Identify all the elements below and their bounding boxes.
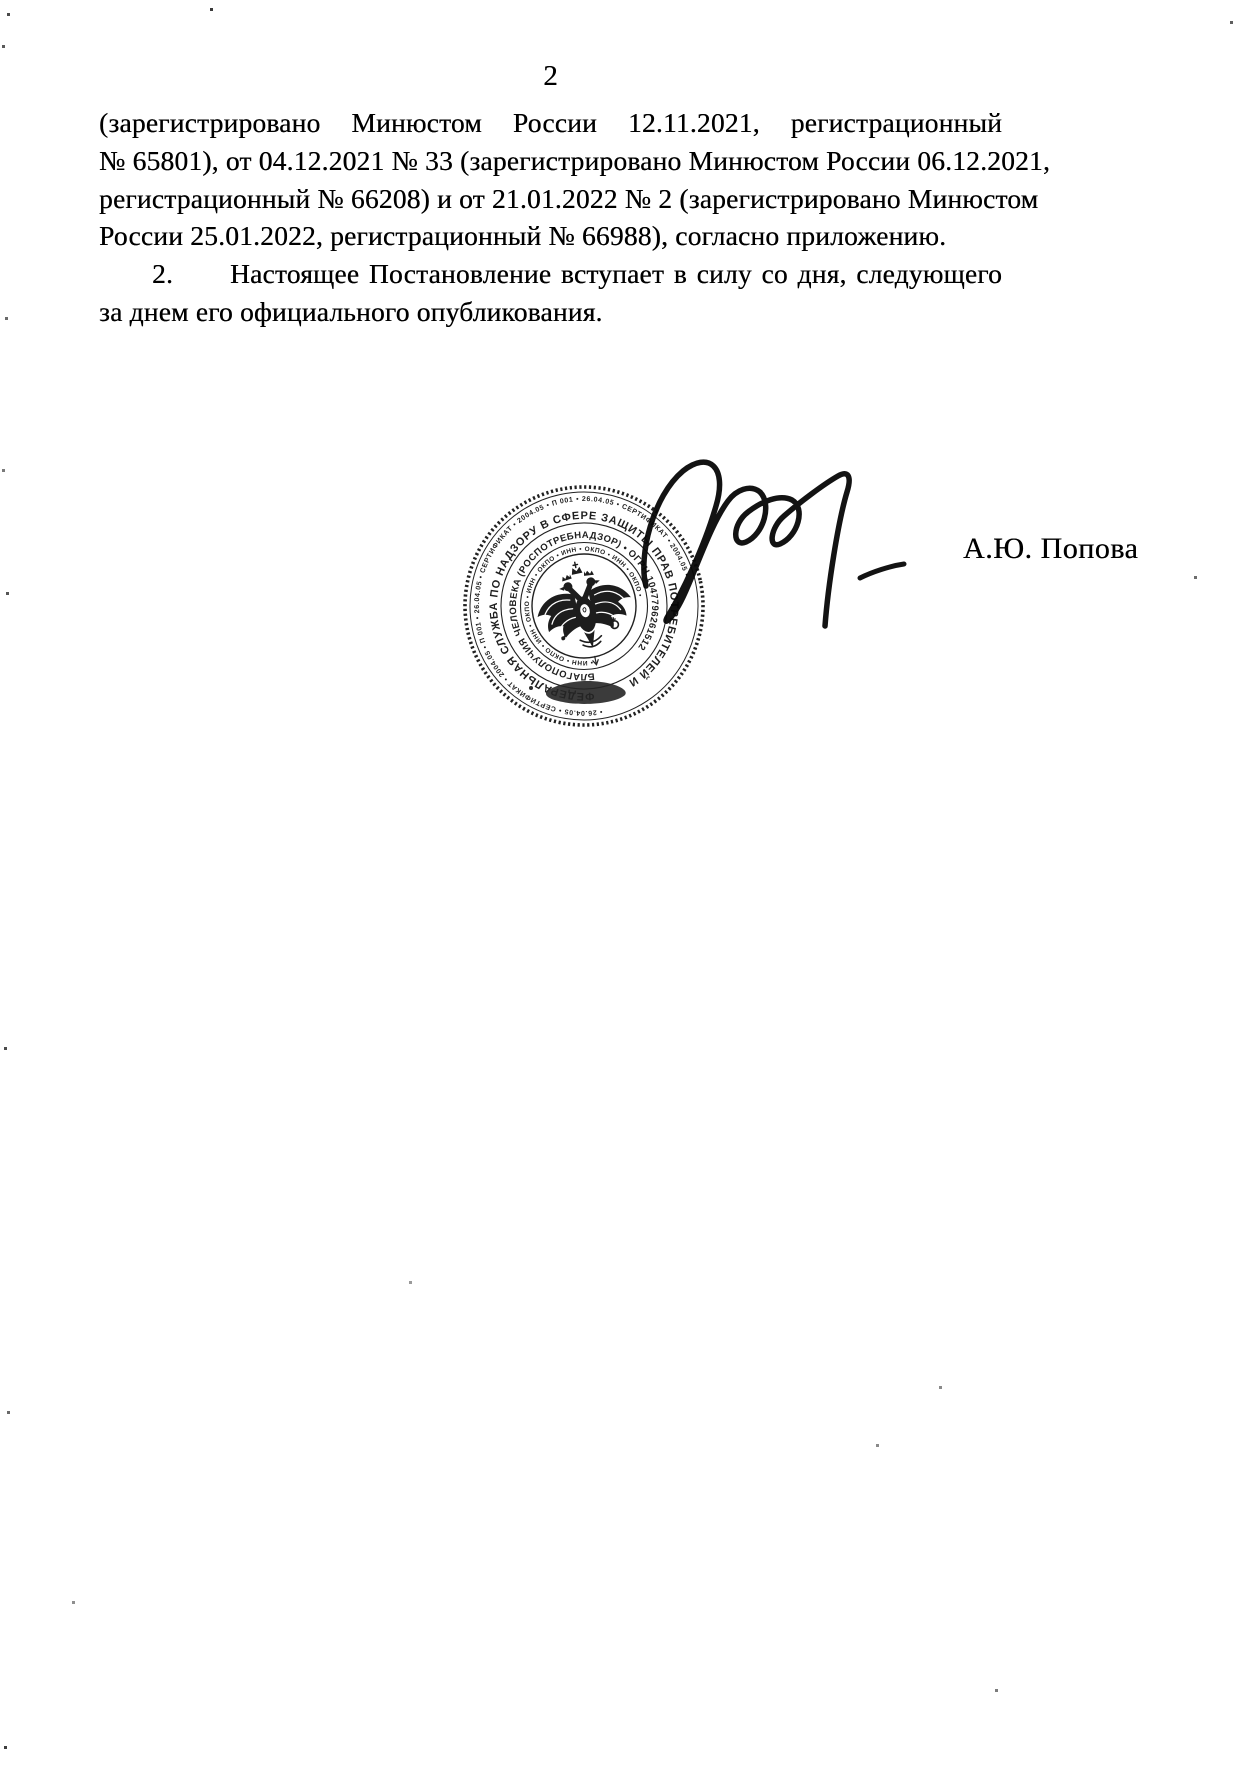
- signer-name: А.Ю. Попова: [963, 532, 1138, 566]
- paragraph-2-text: Настоящее Постановление вступает в силу …: [230, 258, 1002, 289]
- paragraph-2-number: 2.: [152, 255, 230, 293]
- signature-scribble: [628, 436, 928, 651]
- paragraph-2-line-1: 2.Настоящее Постановление вступает в сил…: [99, 255, 1002, 293]
- page-number: 2: [99, 60, 1002, 93]
- paragraph-1-line-3: регистрационный № 66208) и от 21.01.2022…: [99, 180, 1002, 218]
- scan-noise: [0, 0, 1, 1]
- ink-dot: [529, 686, 533, 690]
- paragraph-1-line-4: России 25.01.2022, регистрационный № 669…: [99, 217, 1002, 255]
- body-text: (зарегистрировано Минюстом России 12.11.…: [99, 104, 1002, 331]
- paragraph-1-line-1: (зарегистрировано Минюстом России 12.11.…: [99, 104, 1002, 142]
- paragraph-1-line-2: № 65801), от 04.12.2021 № 33 (зарегистри…: [99, 142, 1002, 180]
- paragraph-2-line-2: за днем его официального опубликования.: [99, 293, 1002, 331]
- document-page: 2 (зарегистрировано Минюстом России 12.1…: [0, 0, 1238, 1779]
